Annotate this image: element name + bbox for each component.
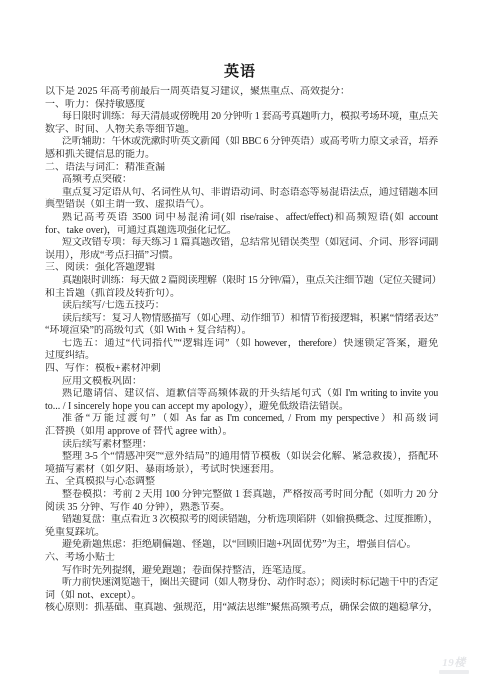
text-line: 过度纠结。 (45, 350, 438, 363)
text-line: 泛听辅助：午休或洗漱时听英文新闻（如 BBC 6 分钟英语）或高考听力原文录音，… (45, 136, 438, 149)
text-line: 和主旨题（抓首段及转折句）。 (45, 288, 438, 301)
page-title: 英语 (0, 60, 480, 81)
text-line: 重点复习定语从句、名词性从句、非谓语动词、时态语态等易混语法点，通过错题本回顾 (45, 187, 438, 200)
intro-line: 以下是 2025 年高考前最后一周英语复习建议，聚焦重点、高效提分： (45, 86, 438, 99)
text-line: “环境渲染”的高级句式（如 With + 复合结构）。 (45, 325, 438, 338)
text-line: 核心原则：抓基础、重真题、强规范，用“减法思维”聚焦高频考点，确保会做的题稳拿分… (45, 602, 438, 615)
sub-heading: 读后续写/七选五技巧： (45, 300, 438, 313)
text-line: 避免新题焦虑：拒绝刷偏题、怪题，以“回顾旧题+巩固优势”为主，增强自信心。 (45, 539, 438, 552)
text-line: 典型错误（如主谓一致、虚拟语气）。 (45, 199, 438, 212)
sub-heading: 读后续写素材整理： (45, 439, 438, 452)
text-line: 数字、时间、人物关系等细节题。 (45, 124, 438, 137)
text-line: 听力前快速浏览题干，圈出关键词（如人物身份、动作时态）；阅读时标记题干中的否定 (45, 577, 438, 590)
watermark-logo-text: 19楼 (436, 657, 472, 669)
text-line: 读后续写：复习人物情感描写（如心理、动作细节）和情节衔接逻辑，积累“情绪表达” (45, 313, 438, 326)
text-line: 短文改错专项：每天练习 1 篇真题改错，总结常见错误类型（如冠词、介词、形容词副… (45, 237, 438, 250)
section-heading: 三、阅读：强化答题逻辑 (45, 262, 438, 275)
section-heading: 二、语法与词汇：精准查漏 (45, 162, 438, 175)
section-heading: 一、听力：保持敏感度 (45, 99, 438, 112)
text-line: 真题限时训练：每天做 2 篇阅读理解（限时 15 分钟/篇），重点关注细节题（定… (45, 275, 438, 288)
text-line: 熟记邀请信、建议信、道歉信等高频体裁的开头结尾句式（如 I'm writing … (45, 388, 438, 401)
text-line: 熟记高考英语 3500 词中易混淆词(如 rise/raise、affect/e… (45, 212, 438, 225)
section-heading: 六、考场小贴士 (45, 552, 438, 565)
watermark-caption-bar (439, 670, 469, 674)
text-line: for、take over)，可通过真题选项强化记忆。 (45, 225, 438, 238)
document-body: 以下是 2025 年高考前最后一周英语复习建议，聚焦重点、高效提分： 一、听力：… (45, 86, 438, 615)
text-line: 整卷模拟：考前 2 天用 100 分钟完整做 1 套真题，严格按高考时间分配（如… (45, 489, 438, 502)
sub-heading: 高频考点突破： (45, 174, 438, 187)
sub-heading: 应用文模板巩固： (45, 376, 438, 389)
text-line: 境描写素材（如夕阳、暴雨场景），考试时快速套用。 (45, 464, 438, 477)
text-line: to... / I sincerely hope you can accept … (45, 401, 438, 414)
text-line: 感和抓关键信息的能力。 (45, 149, 438, 162)
text-line: 汇替换（如用 approve of 替代 agree with）。 (45, 426, 438, 439)
text-line: 误用），形成“考点扫描”习惯。 (45, 250, 438, 263)
text-line: 写作时先列提纲，避免跑题；卷面保持整洁，连笔适度。 (45, 565, 438, 578)
text-line: 准备“万能过渡句”（如 As far as I'm concerned, / F… (45, 413, 438, 426)
watermark: 19楼 (436, 657, 472, 674)
text-line: 整理 3-5 个“情感冲突”“意外结局”的通用情节模板（如误会化解、紧急救援），… (45, 451, 438, 464)
text-line: 错题复盘：重点看近 3 次模拟考的阅读错题，分析选项陷阱（如偷换概念、过度推断）… (45, 514, 438, 527)
text-line: 每日限时训练：每天清晨或傍晚用 20 分钟听 1 套高考真题听力，模拟考场环境，… (45, 111, 438, 124)
text-line: 免重复踩坑。 (45, 527, 438, 540)
text-line: 阅读 35 分钟、写作 40 分钟），熟悉节奏。 (45, 502, 438, 515)
document-page: 英语 以下是 2025 年高考前最后一周英语复习建议，聚焦重点、高效提分： 一、… (0, 0, 480, 679)
section-heading: 四、写作：模板+素材冲刺 (45, 363, 438, 376)
section-heading: 五、全真模拟与心态调整 (45, 476, 438, 489)
text-line: 词（如 not、except）。 (45, 590, 438, 603)
text-line: 七选五：通过“代词指代”“逻辑连词”（如 however，therefore）快… (45, 338, 438, 351)
